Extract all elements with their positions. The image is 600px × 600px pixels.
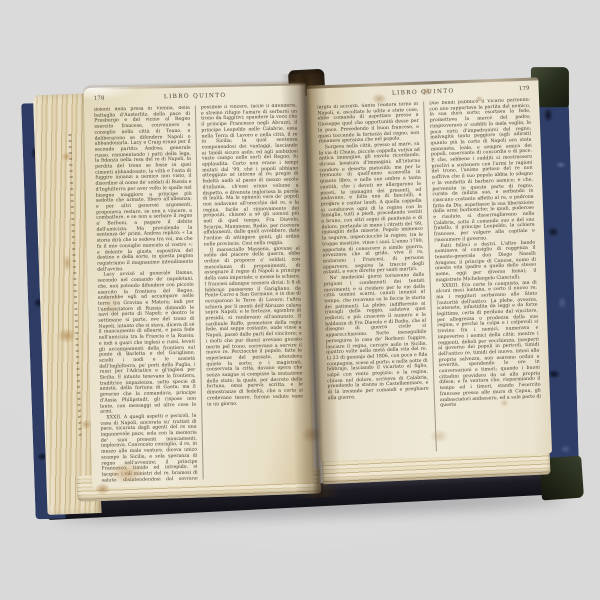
paragraph: larghi di accordi. Santa Teodora tornò i… xyxy=(317,102,419,146)
paragraph: Ne' medesimi giorni tornavano dalle prig… xyxy=(323,273,429,402)
text-column: dolenti della presa di Vienna, della bat… xyxy=(94,106,203,482)
text-column: larghi di accordi. Santa Teodora tornò i… xyxy=(317,102,436,456)
paragraph: Fatti fallaci e destri. L'altro bando no… xyxy=(434,240,536,284)
paragraph: XXXIII. Era certa la conquista, ma di al… xyxy=(436,280,542,409)
paragraph: Sorgeva nella città, presso al mare, su … xyxy=(319,142,425,277)
paragraph: dolenti della presa di Vienna, della bat… xyxy=(94,106,193,273)
paragraph: Il maresciallo Massena, giovane al soldo… xyxy=(204,246,303,408)
text-column: Due bandi pubblicò il Vicario partendo: … xyxy=(423,98,543,452)
left-page-header-row: 178 LIBRO QUINTO xyxy=(94,91,297,104)
paragraph: Due bandi pubblicò il Vicario partendo: … xyxy=(429,98,535,244)
paragraph: possibile il vincere, facile il difender… xyxy=(201,103,300,248)
paragraph: XXXII. A quegli aspetti e pericoli, la c… xyxy=(100,414,198,482)
paragraph: Lacy avvisò al generale Damas, secondo n… xyxy=(97,271,196,416)
left-page-columns: dolenti della presa di Vienna, della bat… xyxy=(94,103,305,481)
text-column: possibile il vincere, facile il difender… xyxy=(195,103,305,479)
running-header-left: LIBRO QUINTO xyxy=(110,92,281,102)
left-page-print-area: 178 LIBRO QUINTO dolenti della presa di … xyxy=(94,91,305,481)
open-book: 178 LIBRO QUINTO dolenti della presa di … xyxy=(22,59,577,530)
page-number-right: 179 xyxy=(514,86,530,93)
header-spacer xyxy=(317,97,333,98)
right-page: LIBRO QUINTO 179 larghi di accordi. Sant… xyxy=(306,77,552,461)
page-number-left: 178 xyxy=(94,95,110,101)
running-header-right: LIBRO QUINTO xyxy=(333,86,514,99)
right-page-print-area: LIBRO QUINTO 179 larghi di accordi. Sant… xyxy=(317,86,543,456)
left-page: 178 LIBRO QUINTO dolenti della presa di … xyxy=(83,83,313,488)
right-page-columns: larghi di accordi. Santa Teodora tornò i… xyxy=(317,98,543,456)
photo-background: 178 LIBRO QUINTO dolenti della presa di … xyxy=(0,0,600,600)
